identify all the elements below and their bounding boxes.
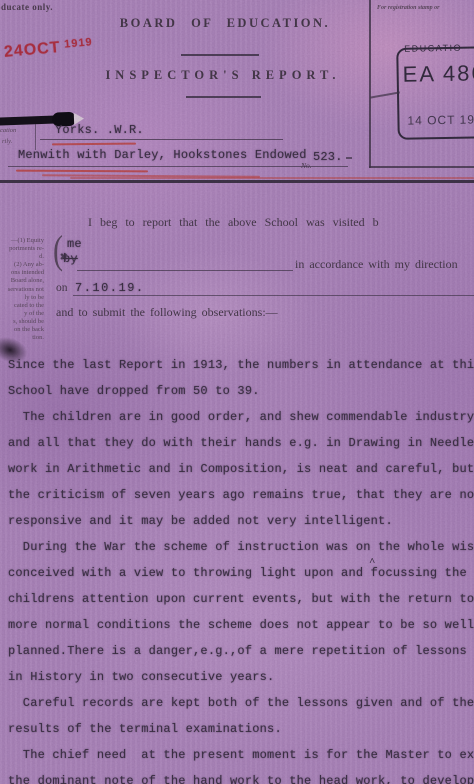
- report-line: childrens attention upon current events,…: [8, 592, 474, 606]
- county-red-underline: [52, 143, 136, 146]
- report-line: more normal conditions the scheme does n…: [8, 618, 474, 632]
- stamp-box-education-label: EDUCATIO: [404, 43, 462, 54]
- margin-label-formerly: rily.: [2, 138, 12, 146]
- visit-date-value: 7.10.19.: [75, 281, 145, 295]
- report-line: The children are in good order, and shew…: [8, 410, 474, 424]
- margin-note-line: Board alone,: [0, 277, 44, 285]
- margin-note-line: servations not: [0, 286, 44, 294]
- on-label: on: [56, 282, 68, 294]
- margin-note-line: cated to the: [0, 302, 44, 310]
- margin-note-line: s, should be: [0, 318, 44, 326]
- margin-note-line: (2) Any ab-: [0, 261, 44, 269]
- scanned-report-page: oducate only. 24OCT 1919 BOARD OF EDUCAT…: [0, 0, 474, 784]
- school-name-value: Menwith with Darley, Hookstones Endowed: [18, 148, 307, 162]
- report-line: work in Arithmetic and in Composition, i…: [8, 462, 474, 476]
- report-line: School have dropped from 50 to 39.: [8, 384, 474, 398]
- report-line: Since the last Report in 1913, the numbe…: [8, 358, 474, 372]
- margin-label-authority: cation: [0, 127, 16, 135]
- received-date-stamp: 24OCT 1919: [3, 36, 93, 62]
- visit-sentence: I beg to report that the above School wa…: [88, 215, 474, 230]
- main-horizontal-rule: [0, 180, 474, 183]
- visited-by-me: me: [67, 237, 82, 251]
- registration-column-left-border: [369, 0, 371, 168]
- report-line: results of the terminal examinations.: [8, 722, 474, 736]
- stamp-day-month: 24OCT: [3, 39, 61, 61]
- ink-speck: [346, 157, 352, 159]
- education-stamp-box: EDUCATIO EA 486 14 OCT 19: [396, 46, 474, 140]
- visitor-name-blank-line: [77, 270, 293, 271]
- report-line: in History in two consecutive years.: [8, 670, 474, 684]
- margin-note-line: —(1) Equity: [0, 237, 44, 245]
- county-value: Yorks. .W.R.: [55, 123, 144, 137]
- margin-note-line: on the back: [0, 326, 44, 334]
- school-row-underline: [8, 166, 348, 167]
- handwritten-caret: ^: [369, 556, 375, 568]
- margin-note-line: ly to be: [0, 294, 44, 302]
- visit-date-line: [73, 295, 474, 296]
- report-line: conceived with a view to throwing light …: [8, 566, 474, 580]
- accordance-text: in accordance with my direction: [295, 257, 458, 272]
- heading-rule-1: [181, 54, 259, 56]
- report-line: the criticism of seven years ago remains…: [8, 488, 474, 502]
- margin-label-divider: [35, 124, 36, 150]
- margin-note-line: d.: [0, 253, 44, 261]
- stamp-box-date: 14 OCT 19: [407, 113, 474, 128]
- registration-column-bottom-border: [369, 166, 474, 168]
- rule-red-shadow: [70, 177, 474, 179]
- report-title: INSPECTOR'S REPORT.: [98, 68, 348, 83]
- school-no-value: 523.: [313, 150, 343, 164]
- county-underline: [40, 139, 283, 140]
- report-line: responsive and it may be added not very …: [8, 514, 474, 528]
- report-line: During the War the scheme of instruction…: [8, 540, 474, 554]
- margin-note-line: ons intended: [0, 269, 44, 277]
- cross-out-scribble: ✖: [60, 250, 68, 265]
- margin-note-line: portments re-: [0, 245, 44, 253]
- heading-rule-2: [186, 96, 261, 98]
- report-line: and all that they do with their hands e.…: [8, 436, 474, 450]
- report-line: Careful records are kept both of the les…: [8, 696, 474, 710]
- school-red-underline-1: [16, 170, 148, 173]
- corner-note-fragment: oducate only.: [0, 2, 53, 12]
- margin-note-line: y of the: [0, 310, 44, 318]
- report-line: planned.There is a danger,e.g.,of a mere…: [8, 644, 474, 658]
- report-line: The chief need at the present moment is …: [8, 748, 474, 762]
- submit-observations-text: and to submit the following observations…: [56, 305, 278, 320]
- registration-note: For registration stamp or: [377, 4, 474, 12]
- board-title: BOARD OF EDUCATION.: [110, 16, 340, 31]
- stamp-box-pen-stroke: [370, 91, 400, 98]
- report-line: the dominant note of the hand work to th…: [8, 774, 474, 784]
- stamp-year: 1919: [64, 36, 93, 50]
- marginal-instructions: —(1) Equity portments re- d. (2) Any ab-…: [0, 237, 44, 342]
- stamp-box-serial: EA 486: [402, 60, 474, 87]
